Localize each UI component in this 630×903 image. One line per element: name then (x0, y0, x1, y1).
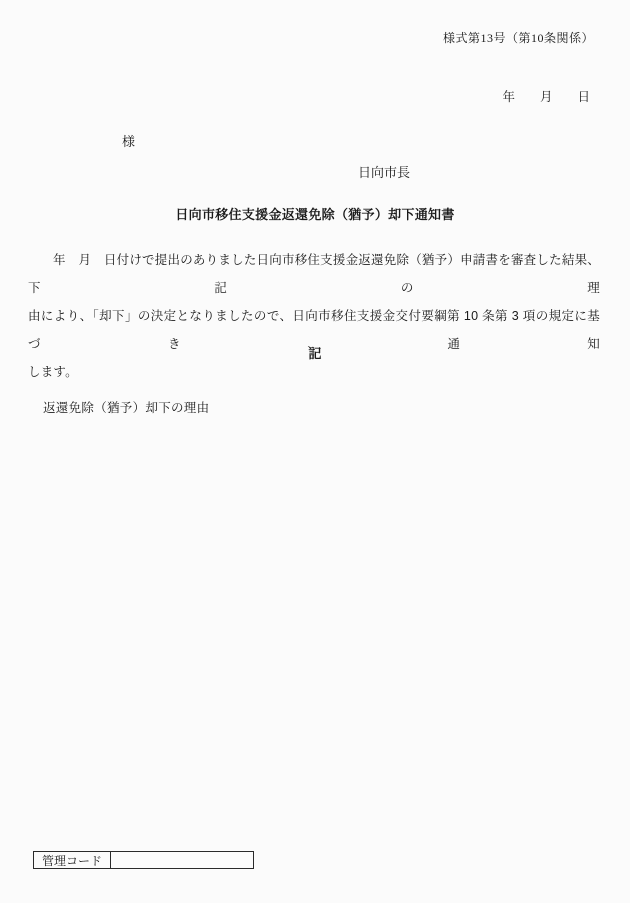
body-paragraph: 年 月 日付けで提出のありました日向市移住支援金返還免除（猶予）申請書を審査した… (28, 246, 600, 386)
rejection-reason-label: 返還免除（猶予）却下の理由 (43, 398, 209, 416)
date-line: 年 月 日 (502, 87, 590, 105)
management-code-value (111, 852, 253, 868)
document-title: 日向市移住支援金返還免除（猶予）却下通知書 (0, 204, 630, 223)
addressee-suffix: 様 (122, 131, 135, 150)
form-number: 様式第13号（第10条関係） (443, 29, 594, 46)
sender-mayor: 日向市長 (358, 162, 410, 181)
ki-heading: 記 (0, 343, 630, 362)
document-page: 様式第13号（第10条関係） 年 月 日 様 日向市長 日向市移住支援金返還免除… (0, 0, 630, 903)
management-code-label: 管理コード (34, 852, 111, 868)
management-code-table: 管理コード (33, 851, 254, 869)
body-line-3: します。 (28, 358, 600, 386)
body-line-1: 年 月 日付けで提出のありました日向市移住支援金返還免除（猶予）申請書を審査した… (28, 246, 600, 302)
